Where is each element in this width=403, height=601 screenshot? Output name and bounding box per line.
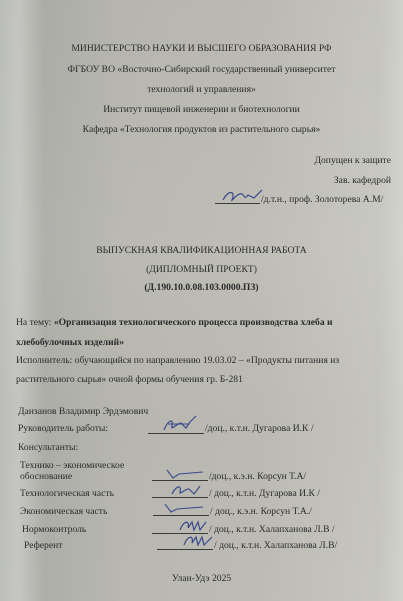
work-subtype-title: (ДИПЛОМНЫЙ ПРОЕКТ): [0, 264, 403, 275]
consultant-3-signer: / доц., к.э.н. Корсун Т.А./: [210, 506, 312, 517]
consultant-1-label-line-1: Технико – экономическое: [20, 460, 124, 471]
consultants-label: Консультанты:: [18, 442, 78, 453]
executor-line-2: растительного сырья» очной формы обучени…: [16, 374, 243, 385]
consultant-3-label: Экономическая часть: [20, 506, 107, 517]
consultant-4-signature-icon: [178, 518, 208, 534]
title-page: МИНИСТЕРСТВО НАУКИ И ВЫСШЕГО ОБРАЗОВАНИЯ…: [0, 0, 403, 601]
consultant-5-signature-icon: [182, 533, 214, 549]
ministry-heading: МИНИСТЕРСТВО НАУКИ И ВЫСШЕГО ОБРАЗОВАНИЯ…: [0, 43, 403, 54]
approval-signer: /д.т.н., проф. Золоторева А.М/: [261, 194, 383, 205]
consultant-1-label-line-2: обоснование: [20, 471, 72, 482]
university-line-1: ФГБОУ ВО «Восточно-Сибирский государстве…: [0, 64, 403, 75]
city-year: Улан-Удэ 2025: [0, 573, 403, 584]
topic-title-part-1: «Организация технологического процесса п…: [54, 317, 333, 328]
document-code: (Д.190.10.0.08.103.0000.ПЗ): [0, 282, 403, 293]
admitted-to-defense: Допущен к защите: [314, 155, 391, 166]
consultant-4-label: Нормоконтроль: [22, 524, 86, 535]
student-name: Данзанов Владимир Эрдэмович: [18, 406, 148, 417]
consultant-5-signer: / доц., к.т.н. Халапханова Л.В/: [214, 540, 337, 551]
consultant-2-signer: / доц., к.т.н. Дугарова И.К /: [209, 488, 320, 499]
topic-title-part-2: хлебобулочных изделий»: [16, 337, 124, 348]
consultant-5-signature-line: [157, 549, 213, 550]
university-line-2: технологий и управления»: [0, 84, 403, 95]
work-type-title: ВЫПУСКНАЯ КВАЛИФИКАЦИОННАЯ РАБОТА: [0, 245, 403, 256]
consultant-4-signer: / доц., к.т.н. Халапханова Л.В /: [209, 524, 335, 535]
topic-label: На тему:: [16, 317, 54, 328]
consultant-1-signer: /доц., к.э.н. Корсун Т.А/: [209, 471, 306, 482]
topic-line-1: На тему: «Организация технологического п…: [16, 317, 333, 328]
head-of-department-label: Зав. кафедрой: [334, 175, 391, 186]
consultant-2-label: Технологическая часть: [20, 488, 114, 499]
executor-line-1: Исполнитель: обучающийся по направлению …: [16, 355, 339, 366]
consultant-5-label: Референт: [24, 540, 62, 551]
consultant-2-signature-icon: [170, 480, 204, 498]
approval-signature-icon: [220, 186, 265, 204]
consultant-3-signature-icon: [163, 502, 205, 516]
supervisor-signature-icon: [160, 414, 200, 434]
institute-line: Институт пищевой инженерии и биотехнолог…: [0, 104, 403, 115]
supervisor-label: Руководитель работы:: [18, 423, 108, 434]
department-line: Кафедра «Технология продуктов из растите…: [0, 124, 403, 135]
supervisor-signer: /доц., к.т.н. Дугарова И.К /: [205, 423, 314, 434]
